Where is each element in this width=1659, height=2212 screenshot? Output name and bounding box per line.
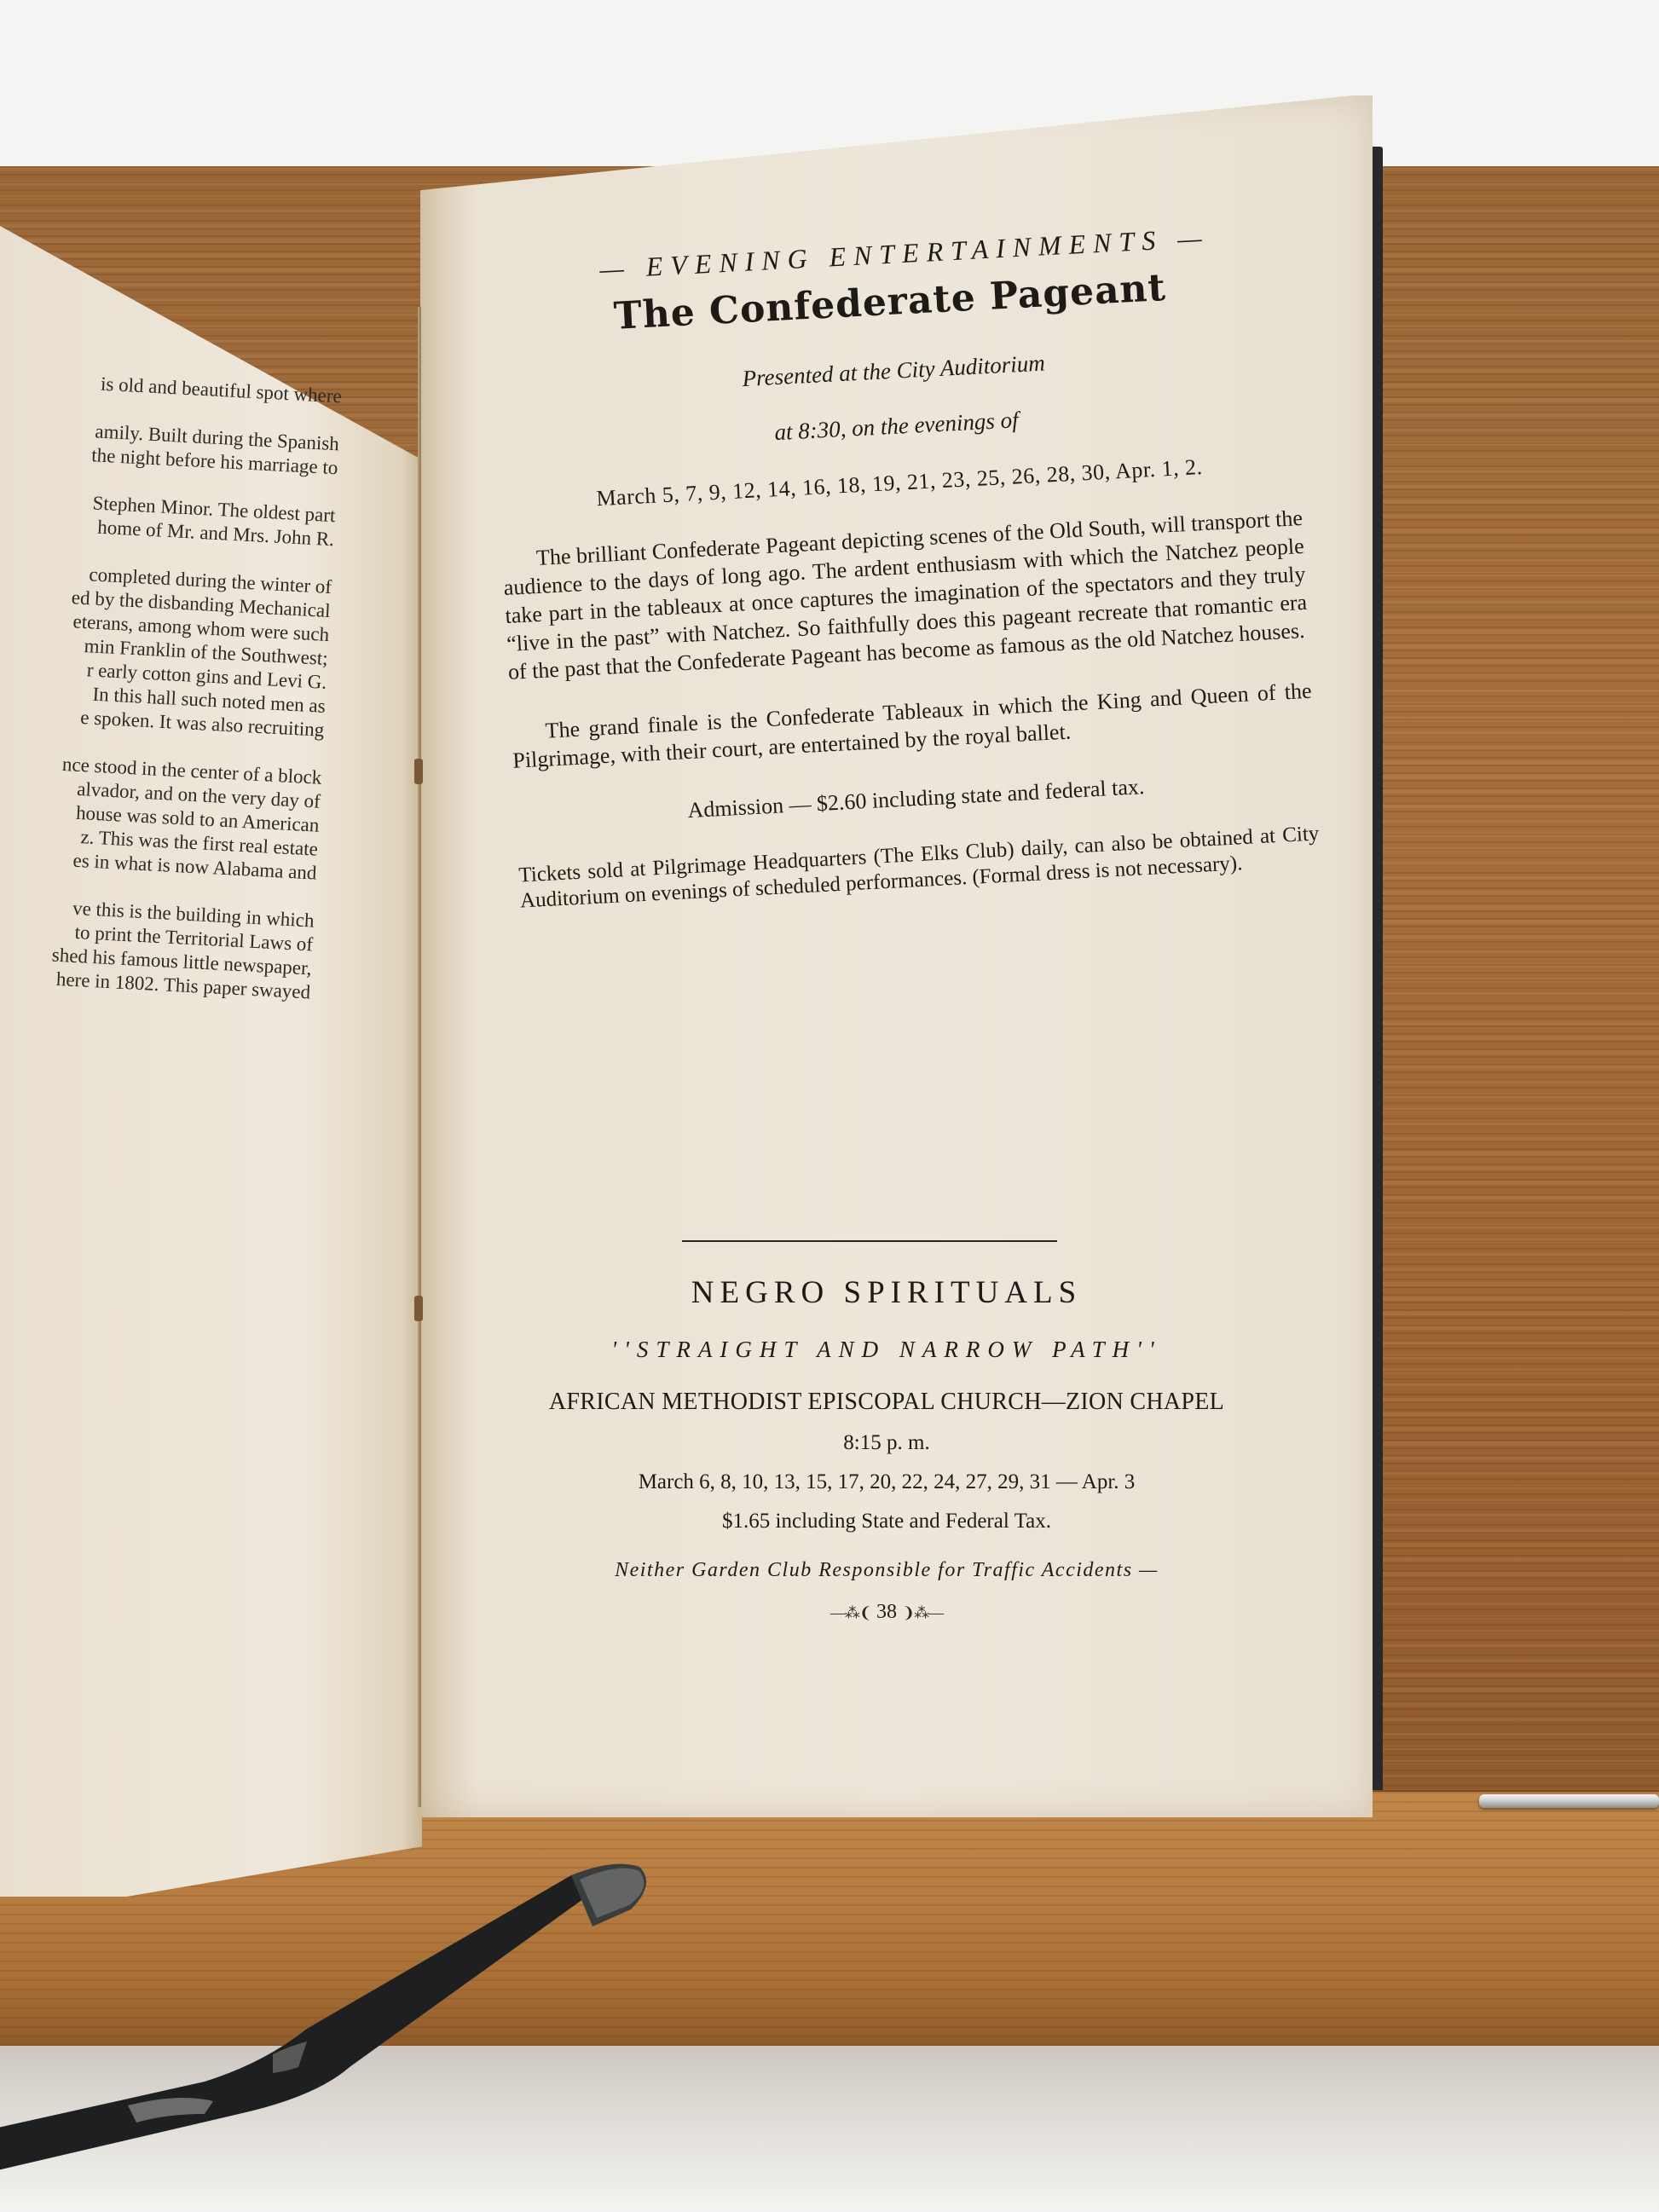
left-paragraph: ve this is the building in which to prin…	[0, 891, 315, 1004]
spirituals-section: NEGRO SPIRITUALS ''STRAIGHT AND NARROW P…	[477, 1240, 1296, 1624]
church-name: AFRICAN METHODIST EPISCOPAL CHURCH—ZION …	[477, 1389, 1296, 1416]
section-subtitle: ''STRAIGHT AND NARROW PATH''	[477, 1337, 1296, 1363]
section-heading: NEGRO SPIRITUALS	[477, 1274, 1296, 1311]
section-divider	[682, 1240, 1057, 1242]
left-paragraph: Stephen Minor. The oldest part home of M…	[0, 486, 336, 552]
ornament-left-icon: —⁂❨	[830, 1604, 871, 1621]
table-surface	[0, 2046, 1659, 2212]
staple	[414, 759, 423, 784]
ornament-right-icon: ❩⁂—	[902, 1604, 943, 1621]
time-line: at 8:30, on the evenings of	[495, 392, 1297, 460]
staple	[414, 1296, 423, 1321]
left-paragraph: nce stood in the center of a block alvad…	[0, 748, 322, 885]
left-page-text: is old and beautiful spot where amily. B…	[0, 367, 342, 1028]
pageant-section: — EVENING ENTERTAINMENTS — The Confedera…	[487, 217, 1321, 914]
left-paragraph: amily. Built during the Spanish the nigh…	[0, 414, 340, 480]
page-number: —⁂❨ 38 ❩⁂—	[477, 1601, 1296, 1624]
performance-time: 8:15 p. m.	[477, 1431, 1296, 1455]
ticket-price: $1.65 including State and Federal Tax.	[477, 1510, 1296, 1533]
venue-line: Presented at the City Auditorium	[493, 337, 1294, 405]
grand-finale-description: The grand finale is the Confederate Tabl…	[511, 677, 1314, 775]
performance-dates: March 6, 8, 10, 13, 15, 17, 20, 22, 24, …	[477, 1470, 1296, 1494]
admission-price: Admission — $2.60 including state and fe…	[515, 765, 1316, 833]
stand-hinge	[1479, 1794, 1659, 1808]
pageant-description: The brilliant Confederate Pageant depict…	[501, 504, 1309, 686]
disclaimer-line: Neither Garden Club Responsible for Traf…	[477, 1559, 1296, 1582]
book-gutter	[418, 307, 421, 1807]
pageant-dates: March 5, 7, 9, 12, 14, 16, 18, 19, 21, 2…	[499, 449, 1300, 517]
left-paragraph: completed during the winter of ed by the…	[0, 557, 332, 742]
